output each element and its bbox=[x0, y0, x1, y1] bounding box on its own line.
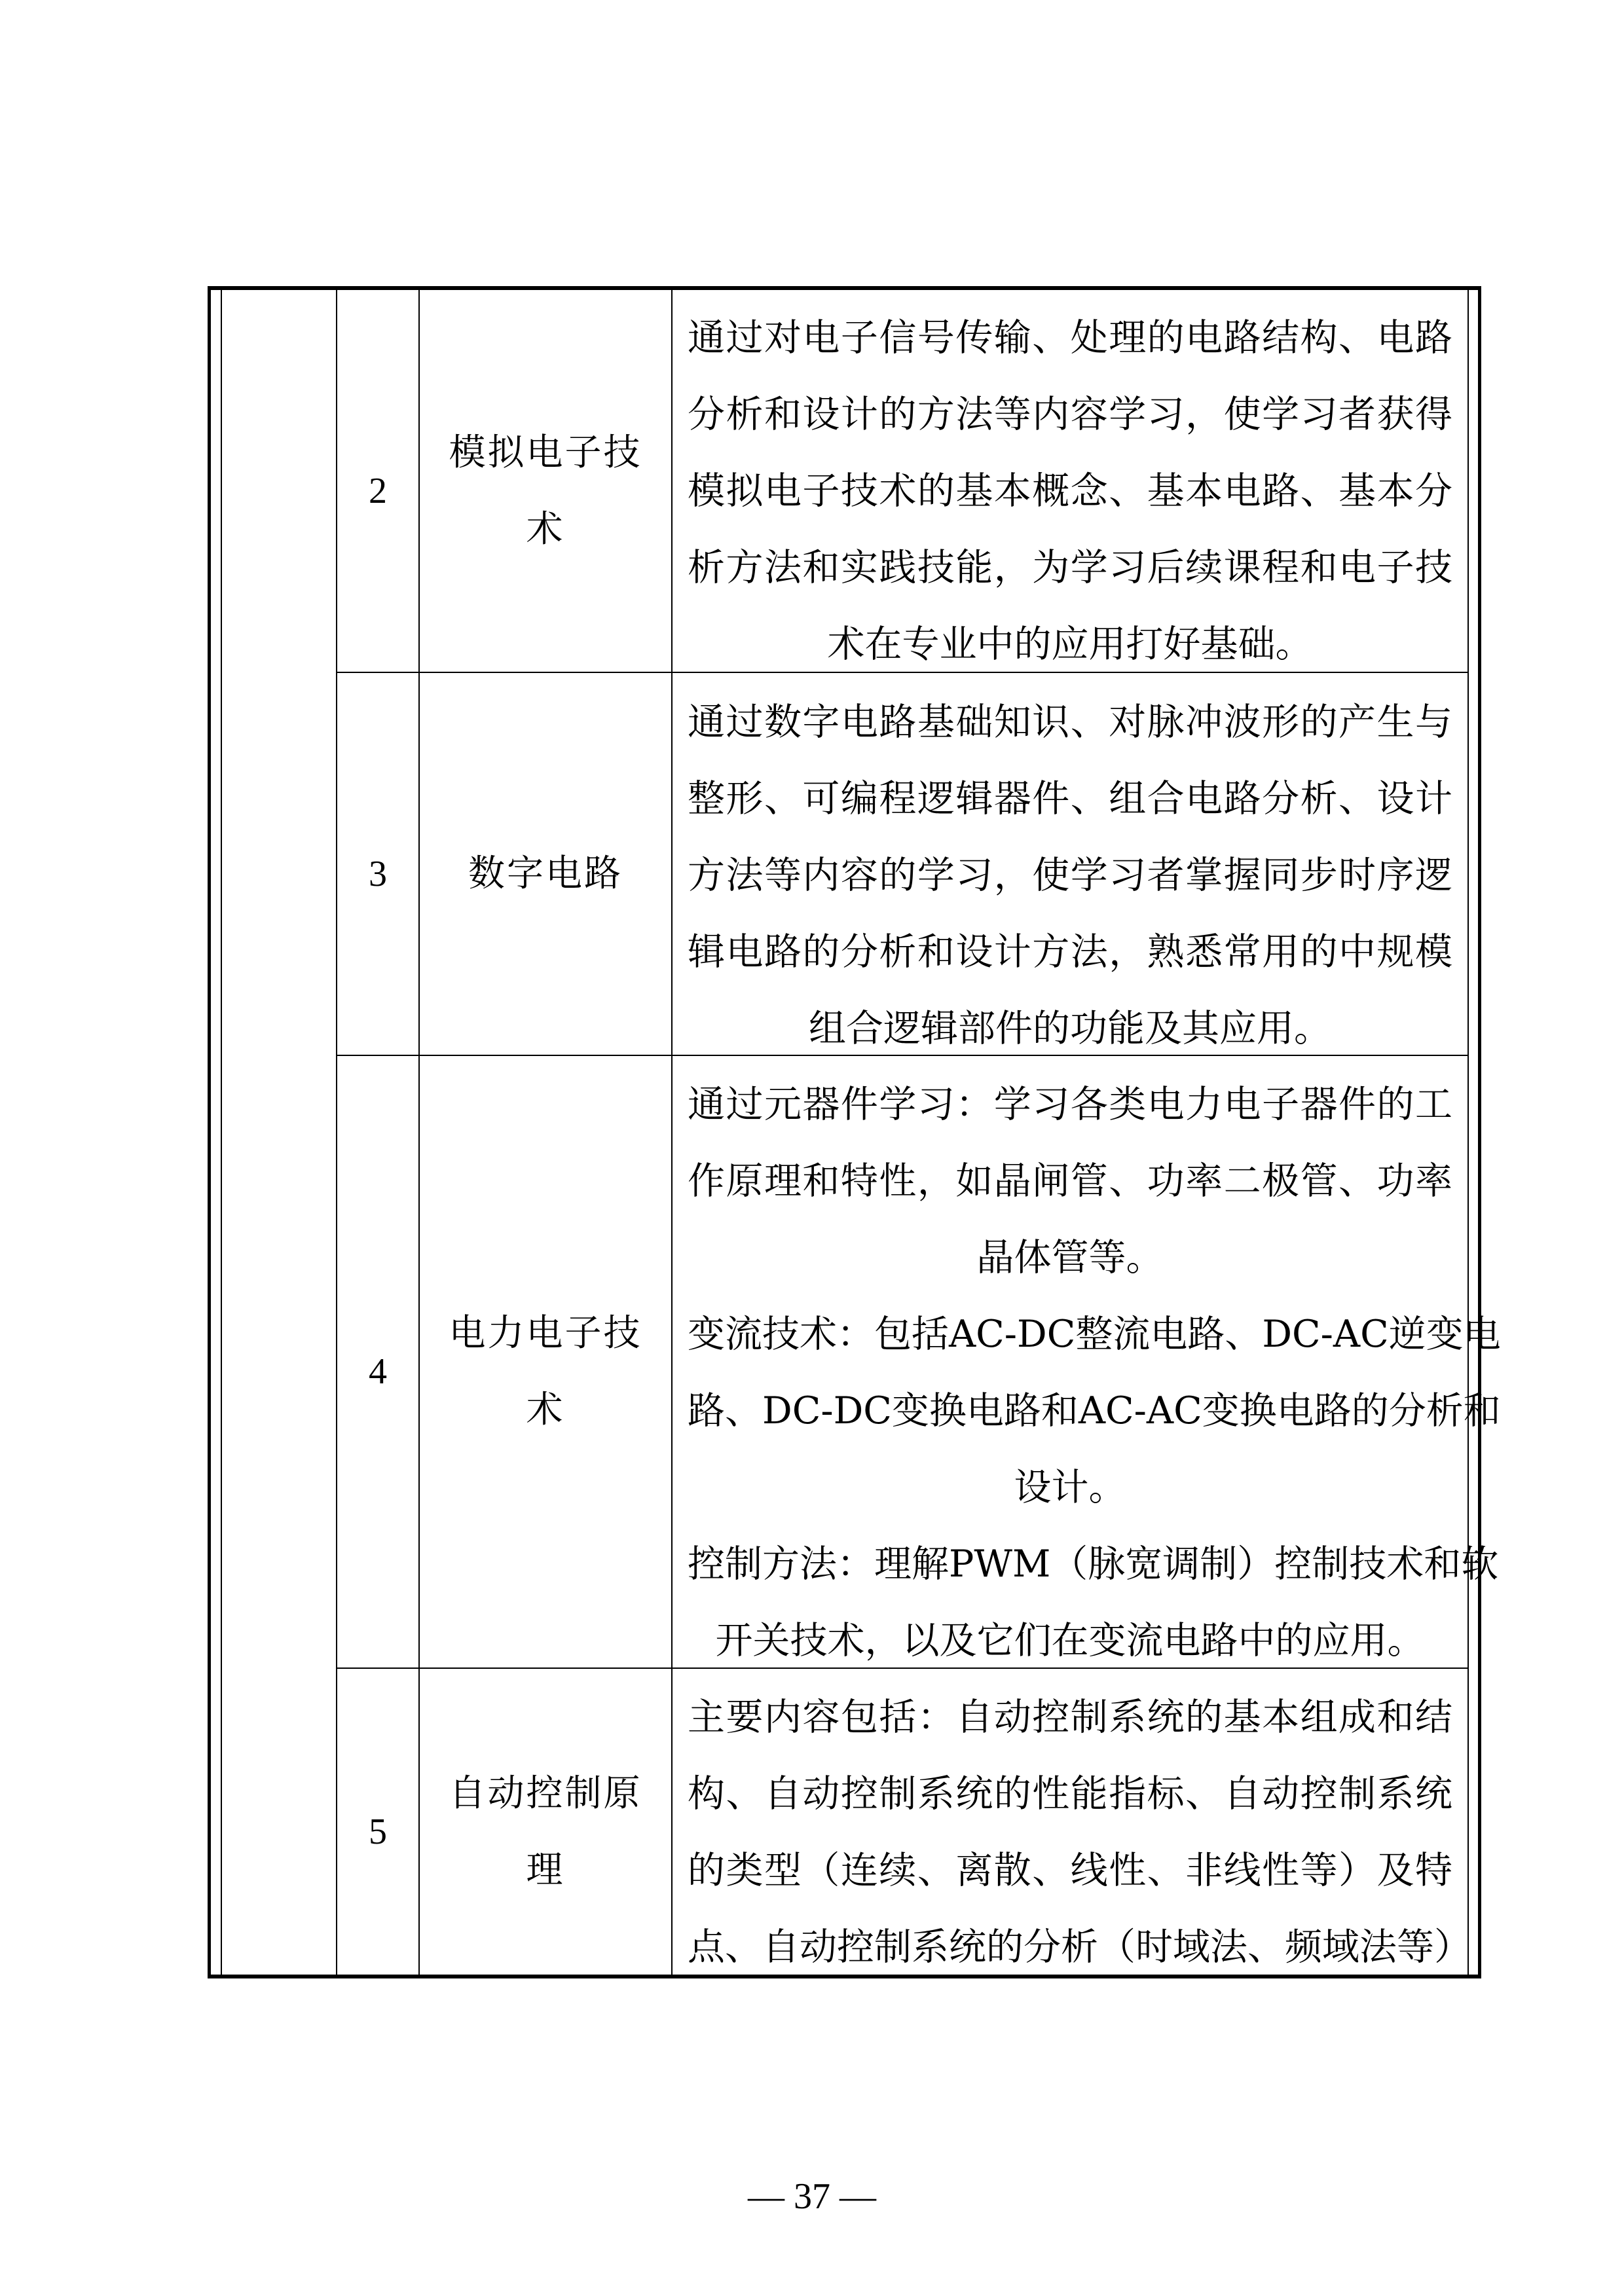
course-description: 通过元器件学习：学习各类电力电子器件的工 作原理和特性，如晶闸管、功率二极管、功… bbox=[688, 1066, 1452, 1679]
row-number: 2 bbox=[337, 290, 418, 672]
course-name: 自动控制原 理 bbox=[420, 1669, 671, 1975]
description-line: 点、自动控制系统的分析（时域法、频域法等） bbox=[688, 1909, 1452, 1986]
description-line: 整形、可编程逻辑器件、组合电路分析、设计 bbox=[688, 761, 1452, 837]
table-border-left bbox=[208, 286, 211, 1978]
description-line: 构、自动控制系统的性能指标、自动控制系统 bbox=[688, 1756, 1452, 1832]
description-line: 通过对电子信号传输、处理的电路结构、电路 bbox=[688, 300, 1452, 376]
course-name-line: 理 bbox=[526, 1832, 565, 1908]
course-name-line: 模拟电子技 bbox=[449, 414, 642, 491]
course-name-line: 数字电路 bbox=[468, 835, 623, 912]
course-description: 通过数字电路基础知识、对脉冲波形的产生与 整形、可编程逻辑器件、组合电路分析、设… bbox=[688, 684, 1452, 1067]
course-name-line: 自动控制原 bbox=[449, 1755, 642, 1832]
description-line: 控制方法：理解PWM（脉宽调制）控制技术和软 bbox=[688, 1526, 1452, 1603]
course-name-line: 术 bbox=[526, 491, 565, 568]
description-line: 的类型（连续、离散、线性、非线性等）及特 bbox=[688, 1832, 1452, 1909]
description-line: 通过数字电路基础知识、对脉冲波形的产生与 bbox=[688, 684, 1452, 761]
description-line: 模拟电子技术的基本概念、基本电路、基本分 bbox=[688, 453, 1452, 530]
course-description: 主要内容包括：自动控制系统的基本组成和结 构、自动控制系统的性能指标、自动控制系… bbox=[688, 1679, 1452, 1986]
description-line: 析方法和实践技能，为学习后续课程和电子技 bbox=[688, 530, 1452, 606]
description-line: 辑电路的分析和设计方法，熟悉常用的中规模 bbox=[688, 914, 1452, 991]
course-name-line: 术 bbox=[526, 1372, 565, 1448]
description-line: 通过元器件学习：学习各类电力电子器件的工 bbox=[688, 1066, 1452, 1143]
course-name: 电力电子技 术 bbox=[420, 1056, 671, 1667]
row-number: 3 bbox=[337, 673, 418, 1055]
description-line: 晶体管等。 bbox=[688, 1220, 1452, 1296]
column-divider-3 bbox=[671, 286, 673, 1978]
description-line: 作原理和特性，如晶闸管、功率二极管、功率 bbox=[688, 1143, 1452, 1220]
description-line: 变流技术：包括AC-DC整流电路、DC-AC逆变电 bbox=[688, 1296, 1452, 1373]
description-line: 方法等内容的学习，使学习者掌握同步时序逻 bbox=[688, 837, 1452, 914]
table-border-right bbox=[1478, 286, 1481, 1978]
course-name: 模拟电子技 术 bbox=[420, 290, 671, 672]
row-number: 4 bbox=[337, 1056, 418, 1667]
category-cell bbox=[222, 290, 336, 1975]
description-line: 路、DC-DC变换电路和AC-AC变换电路的分析和 bbox=[688, 1373, 1452, 1449]
course-name-line: 电力电子技 bbox=[449, 1295, 642, 1372]
description-line: 术在专业中的应用打好基础。 bbox=[688, 606, 1452, 683]
description-line: 组合逻辑部件的功能及其应用。 bbox=[688, 991, 1452, 1067]
row-number: 5 bbox=[337, 1669, 418, 1975]
course-name: 数字电路 bbox=[420, 673, 671, 1055]
description-line: 分析和设计的方法等内容学习，使学习者获得 bbox=[688, 376, 1452, 453]
course-description: 通过对电子信号传输、处理的电路结构、电路 分析和设计的方法等内容学习，使学习者获… bbox=[688, 300, 1452, 683]
description-line: 主要内容包括：自动控制系统的基本组成和结 bbox=[688, 1679, 1452, 1756]
description-line: 设计。 bbox=[688, 1449, 1452, 1526]
page-number: — 37 — bbox=[0, 2172, 1624, 2221]
description-line: 开关技术，以及它们在变流电路中的应用。 bbox=[688, 1603, 1452, 1679]
table-inner-right-line bbox=[1467, 286, 1469, 1978]
